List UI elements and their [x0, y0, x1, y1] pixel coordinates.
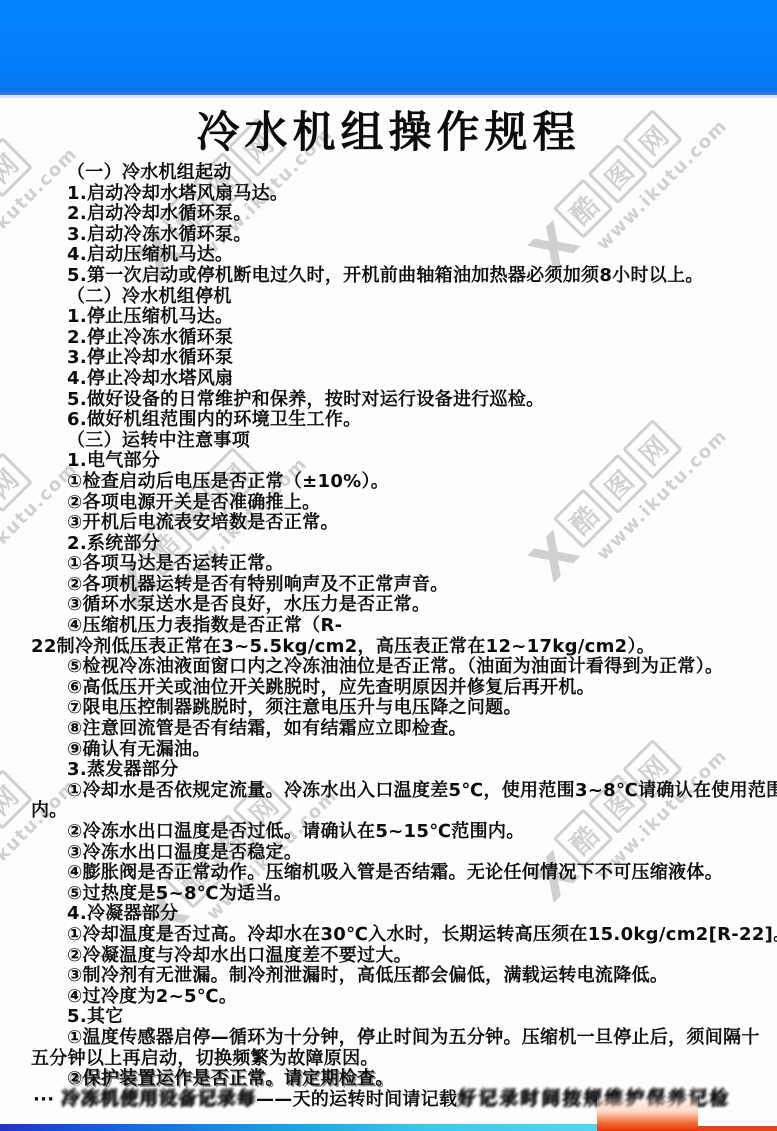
clear-fragment: ——天的运转时间请记载 — [256, 1089, 457, 1110]
doc-line: 1.电气部分 — [0, 451, 777, 472]
doc-line: 6.做好机组范围内的环境卫生工作。 — [0, 410, 777, 431]
doc-line: 5.第一次启动或停机断电过久时，开机前曲轴箱油加热器必须加须8小时以上。 — [0, 266, 777, 287]
doc-line: ②冷冻水出口温度是否过低。请确认在5~15℃范围内。 — [0, 822, 777, 843]
top-banner — [0, 0, 777, 95]
doc-line: ①检查启动后电压是否正常（±10%）。 — [0, 472, 777, 493]
doc-line: 5.做好设备的日常维护和保养，按时对运行设备进行巡检。 — [0, 390, 777, 411]
doc-line: ⑤过热度是5~8℃为适当。 — [0, 884, 777, 905]
poster-page: X酷图网www.ikutu.comX酷图网www.ikutu.comX酷图网ww… — [0, 0, 777, 1131]
doc-line: ③开机后电流表安培数是否正常。 — [0, 513, 777, 534]
doc-line: ⑧注意回流管是否有结霜，如有结霜应立即检查。 — [0, 719, 777, 740]
doc-line: ①冷却水是否依规定流量。冷冻水出入口温度差5℃，使用范围3~8℃请确认在使用范围 — [0, 781, 777, 802]
doc-line: （一）冷水机组起动 — [0, 163, 777, 184]
doc-line: ④过冷度为2~5℃。 — [0, 987, 777, 1008]
doc-line: 4.启动压缩机马达。 — [0, 245, 777, 266]
doc-line: ②保护装置运作是否正常。请定期检查。 — [0, 1069, 777, 1090]
doc-line: 4.冷凝器部分 — [0, 904, 777, 925]
doc-line: 5.其它 — [0, 1007, 777, 1028]
doc-line: 22制冷剂低压表正常在3~5.5kg/cm2，高压表正常在12~17kg/cm2… — [0, 637, 777, 658]
doc-line: ③循环水泵送水是否良好，水压力是否正常。 — [0, 595, 777, 616]
doc-line: ④压缩机压力表指数是否正常（R- — [0, 616, 777, 637]
footer-red-strip — [698, 1126, 777, 1131]
doc-line: ⑥高低压开关或油位开关跳脱时，应先查明原因并修复后再开机。 — [0, 678, 777, 699]
page-title: 冷水机组操作规程 — [0, 99, 777, 160]
doc-line: 3.蒸发器部分 — [0, 760, 777, 781]
doc-line: 1.启动冷却水塔风扇马达。 — [0, 184, 777, 205]
doc-line: ①冷却温度是否过高。冷却水在30℃入水时，长期运转高压须在15.0kg/cm2[… — [0, 925, 777, 946]
doc-line: ①温度传感器启停—循环为十分钟，停止时间为五分钟。压缩机一旦停止后，须间隔十 — [0, 1028, 777, 1049]
doc-line: 2.启动冷却水循环泵。 — [0, 204, 777, 225]
doc-line: ②冷凝温度与冷却水出口温度差不要过大。 — [0, 946, 777, 967]
doc-line: 3.停止冷却水循环泵 — [0, 348, 777, 369]
doc-line: （三）运转中注意事项 — [0, 431, 777, 452]
doc-line: ②各项机器运转是否有特别响声及不正常声音。 — [0, 575, 777, 596]
procedure-text-body: （一）冷水机组起动1.启动冷却水塔风扇马达。2.启动冷却水循环泵。3.启动冷冻水… — [0, 163, 777, 1110]
doc-line: 3.启动冷冻水循环泵。 — [0, 225, 777, 246]
doc-line: ②各项电源开关是否准确推上。 — [0, 493, 777, 514]
doc-line: ③冷冻水出口温度是否稳定。 — [0, 843, 777, 864]
footer-red-gradient — [597, 1095, 698, 1131]
doc-line: 2.系统部分 — [0, 534, 777, 555]
doc-line: ①各项马达是否运转正常。 — [0, 554, 777, 575]
doc-line: 内。 — [0, 801, 777, 822]
doc-line: ⑤检视冷冻油液面窗口内之冷冻油油位是否正常。（油面为油面计看得到为正常）。 — [0, 657, 777, 678]
footer-blue-bar — [0, 1124, 597, 1131]
doc-line: ③制冷剂有无泄漏。制冷剂泄漏时，高低压都会偏低，满载运转电流降低。 — [0, 966, 777, 987]
garbled-left: 冷冻机使用设备记录每 — [61, 1089, 256, 1110]
dots: ··· — [33, 1089, 61, 1110]
doc-line: （二）冷水机组停机 — [0, 287, 777, 308]
doc-line: ⑨确认有无漏油。 — [0, 740, 777, 761]
doc-line: 1.停止压缩机马达。 — [0, 307, 777, 328]
doc-line: 五分钟以上再启动，切换频繁为故障原因。 — [0, 1049, 777, 1070]
doc-line: ④膨胀阀是否正常动作。压缩机吸入管是否结霜。无论任何情况下不可压缩液体。 — [0, 863, 777, 884]
doc-line: 2.停止冷冻水循环泵 — [0, 328, 777, 349]
doc-line: ⑦限电压控制器跳脱时，须注意电压升与电压降之问题。 — [0, 698, 777, 719]
doc-line: 4.停止冷却水塔风扇 — [0, 369, 777, 390]
